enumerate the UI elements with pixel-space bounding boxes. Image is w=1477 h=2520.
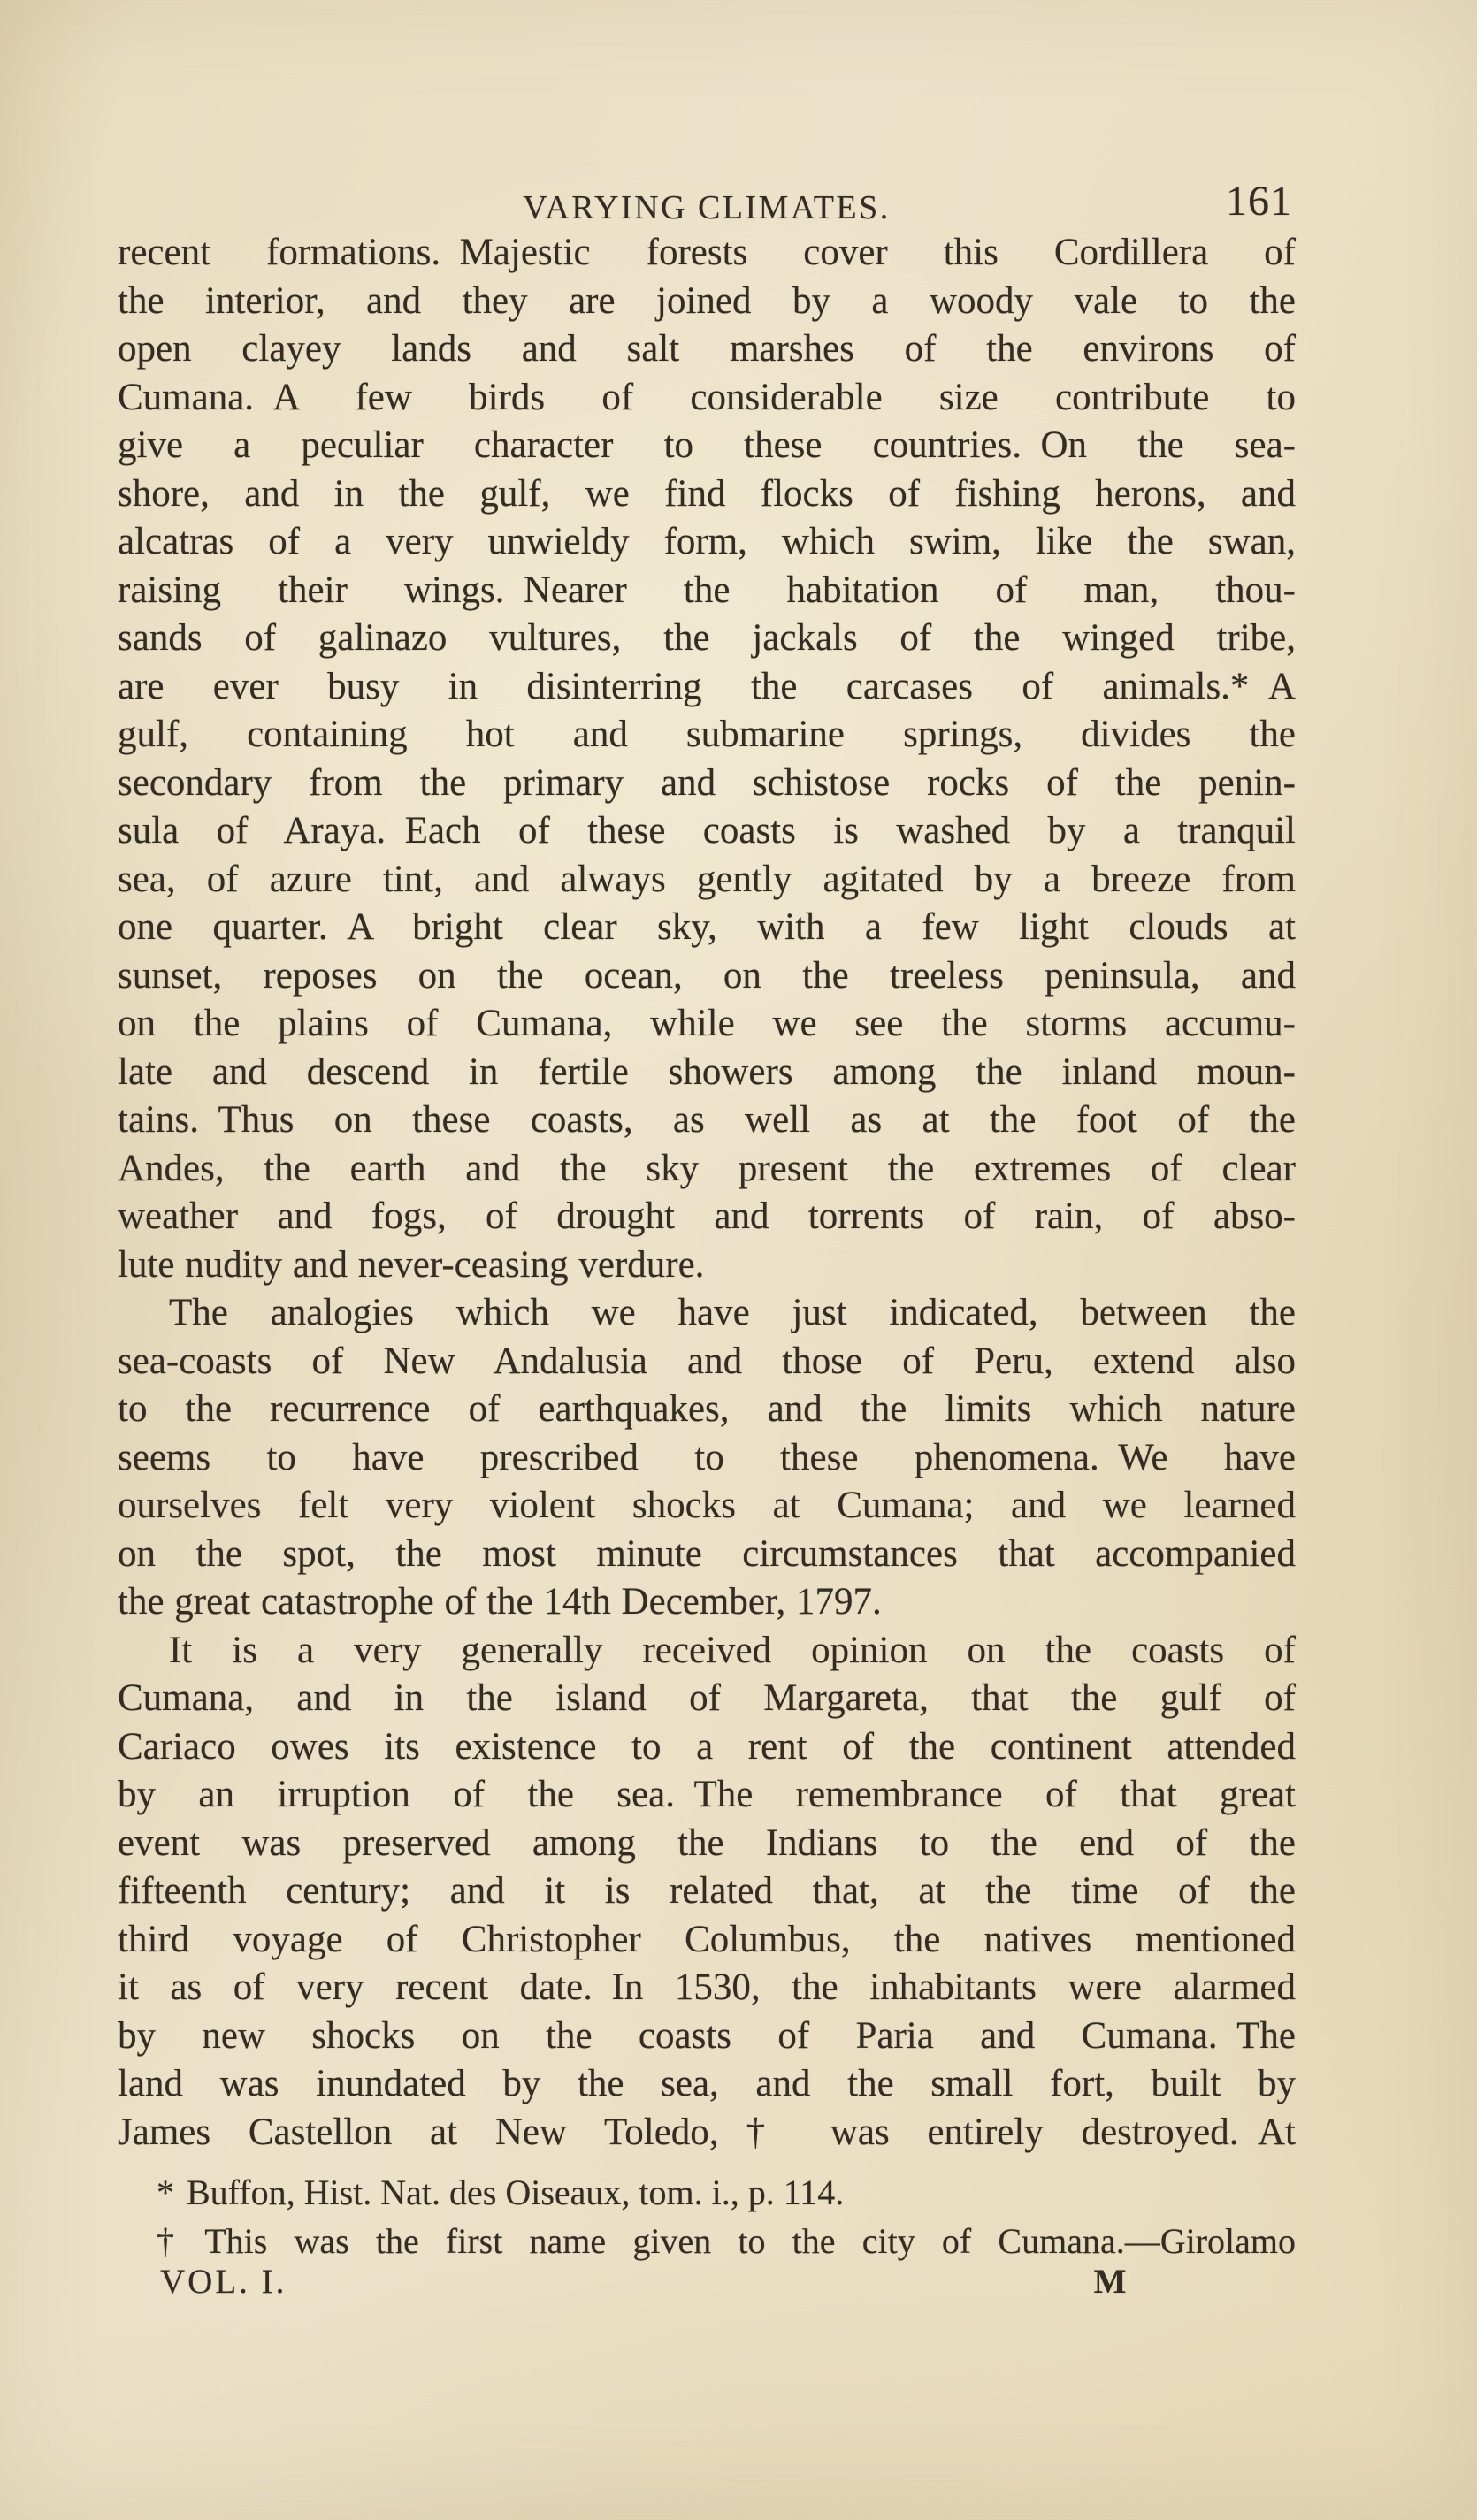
text-line: recent formations. Majestic forests cove… bbox=[118, 229, 1296, 278]
text-line: are ever busy in disinterring the carcas… bbox=[118, 663, 1296, 712]
text-line: secondary from the primary and schistose… bbox=[118, 760, 1296, 808]
running-title: VARYING CLIMATES. bbox=[523, 188, 891, 227]
text-line: gulf, containing hot and submarine sprin… bbox=[118, 711, 1296, 760]
text-line: event was preserved among the Indians to… bbox=[118, 1820, 1296, 1868]
text-line: sands of galinazo vultures, the jackals … bbox=[118, 615, 1296, 663]
text-line: it as of very recent date. In 1530, the … bbox=[118, 1964, 1296, 2012]
text-line: Cumana. A few birds of considerable size… bbox=[118, 374, 1296, 423]
text-line: by an irruption of the sea. The remembra… bbox=[118, 1771, 1296, 1820]
text-line: Cumana, and in the island of Margareta, … bbox=[118, 1675, 1296, 1723]
footnote-text: Buffon, Hist. Nat. des Oiseaux, tom. i.,… bbox=[187, 2173, 844, 2212]
text-line: sea-coasts of New Andalusia and those of… bbox=[118, 1338, 1296, 1386]
text-line: to the recurrence of earthquakes, and th… bbox=[118, 1386, 1296, 1434]
text-line: the great catastrophe of the 14th Decemb… bbox=[118, 1578, 1296, 1627]
text-line: weather and fogs, of drought and torrent… bbox=[118, 1193, 1296, 1241]
text-line: fifteenth century; and it is related tha… bbox=[118, 1867, 1296, 1916]
text-line: open clayey lands and salt marshes of th… bbox=[118, 325, 1296, 374]
book-page: VARYING CLIMATES. 161 recent formations.… bbox=[0, 0, 1477, 2520]
text-line: on the spot, the most minute circumstanc… bbox=[118, 1531, 1296, 1579]
text-line: on the plains of Cumana, while we see th… bbox=[118, 1000, 1296, 1049]
page-number: 161 bbox=[1226, 177, 1292, 225]
text-line: sea, of azure tint, and always gently ag… bbox=[118, 856, 1296, 905]
text-line: seems to have prescribed to these phenom… bbox=[118, 1434, 1296, 1483]
text-line: lute nudity and never-ceasing verdure. bbox=[118, 1241, 1296, 1290]
text-line: It is a very generally received opinion … bbox=[118, 1627, 1296, 1676]
text-line: shore, and in the gulf, we find flocks o… bbox=[118, 470, 1296, 519]
text-line: Andes, the earth and the sky present the… bbox=[118, 1145, 1296, 1194]
text-line: tains. Thus on these coasts, as well as … bbox=[118, 1096, 1296, 1145]
footnote-text: This was the first name given to the cit… bbox=[204, 2221, 1296, 2261]
text-line: alcatras of a very unwieldy form, which … bbox=[118, 518, 1296, 567]
text-line: The analogies which we have just indicat… bbox=[118, 1289, 1296, 1338]
volume-label: VOL. I. bbox=[160, 2262, 287, 2302]
footnote-marker: † bbox=[157, 2221, 204, 2261]
text-line: Cariaco owes its existence to a rent of … bbox=[118, 1723, 1296, 1772]
footnote-marker: * bbox=[157, 2173, 187, 2212]
text-line: late and descend in fertile showers amon… bbox=[118, 1049, 1296, 1097]
footnote: *Buffon, Hist. Nat. des Oiseaux, tom. i.… bbox=[118, 2168, 1296, 2217]
page-header: VARYING CLIMATES. 161 bbox=[118, 177, 1296, 233]
text-line: ourselves felt very violent shocks at Cu… bbox=[118, 1482, 1296, 1531]
footnote: †This was the first name given to the ci… bbox=[118, 2217, 1296, 2265]
text-line: the interior, and they are joined by a w… bbox=[118, 278, 1296, 326]
text-line: by new shocks on the coasts of Paria and… bbox=[118, 2012, 1296, 2061]
footnotes: *Buffon, Hist. Nat. des Oiseaux, tom. i.… bbox=[118, 2168, 1296, 2265]
text-line: sunset, reposes on the ocean, on the tre… bbox=[118, 952, 1296, 1001]
text-line: third voyage of Christopher Columbus, th… bbox=[118, 1916, 1296, 1965]
text-line: give a peculiar character to these count… bbox=[118, 422, 1296, 470]
text-line: raising their wings. Nearer the habitati… bbox=[118, 567, 1296, 615]
text-line: sula of Araya. Each of these coasts is w… bbox=[118, 807, 1296, 856]
text-line: one quarter. A bright clear sky, with a … bbox=[118, 904, 1296, 952]
signature-mark: M bbox=[1094, 2262, 1127, 2302]
page-body: recent formations. Majestic forests cove… bbox=[118, 229, 1296, 2157]
text-line: land was inundated by the sea, and the s… bbox=[118, 2060, 1296, 2109]
page-footer: VOL. I. M bbox=[118, 2262, 1296, 2315]
text-line: James Castellon at New Toledo,† was enti… bbox=[118, 2109, 1296, 2157]
